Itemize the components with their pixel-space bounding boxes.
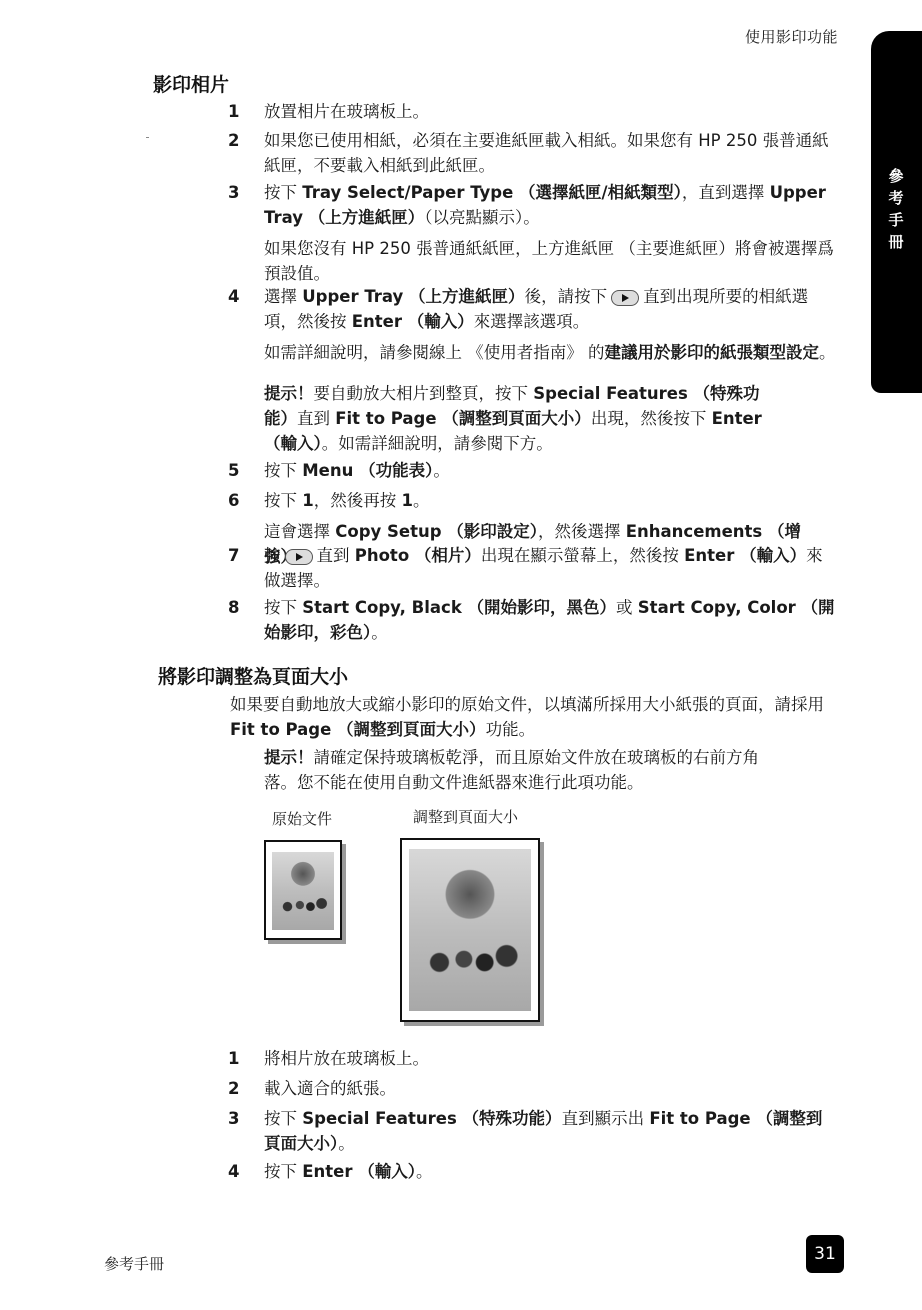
step-2: 2 如果您已使用相紙，必須在主要進紙匣載入相紙。如果您有 HP 250 張普通紙… <box>228 128 838 178</box>
step-number: 8 <box>228 595 248 620</box>
section-title-fit-to-page: 將影印調整為頁面大小 <box>158 662 348 689</box>
step-number: 1 <box>228 1046 248 1071</box>
step-number: 4 <box>228 1159 248 1184</box>
tip-box: 提示！要自動放大相片到整頁，按下 Special Features （特殊功能）… <box>264 381 784 456</box>
side-tab-label: 參考手冊 <box>885 165 907 253</box>
step-1: 1 放置相片在玻璃板上。 <box>228 99 838 124</box>
right-arrow-button-icon <box>285 549 313 565</box>
tip-label: 提示！ <box>264 748 314 767</box>
right-arrow-button-icon <box>611 290 639 306</box>
step-text: 按下 Enter （輸入）。 <box>264 1159 838 1184</box>
step-number: 7 <box>228 543 248 568</box>
fitted-photo-figure <box>400 838 540 1022</box>
step-number: 3 <box>228 180 248 205</box>
step-number: 2 <box>228 128 248 153</box>
step-text: 如果您已使用相紙，必須在主要進紙匣載入相紙。如果您有 HP 250 張普通紙紙匣… <box>264 128 838 178</box>
step-text: 按下 Special Features （特殊功能）直到顯示出 Fit to P… <box>264 1106 838 1156</box>
step-number: 4 <box>228 284 248 309</box>
fit-step-1: 1 將相片放在玻璃板上。 <box>228 1046 838 1071</box>
figure-label-fitted: 調整到頁面大小 <box>413 806 518 827</box>
step-text: 按直到 Photo （相片）出現在顯示螢幕上，然後按 Enter （輸入）來做選… <box>264 543 838 593</box>
section-intro: 如果要自動地放大或縮小影印的原始文件，以填滿所採用大小紙張的頁面，請採用 Fit… <box>230 692 840 742</box>
step-number: 1 <box>228 99 248 124</box>
tip-box: 提示！請確定保持玻璃板乾淨，而且原始文件放在玻璃板的右前方角落。您不能在使用自動… <box>264 745 764 795</box>
step-8: 8 按下 Start Copy, Black （開始影印，黑色）或 Start … <box>228 595 838 645</box>
photo-image <box>409 849 531 1011</box>
step-5: 5 按下 Menu （功能表）。 <box>228 458 838 483</box>
step-number: 6 <box>228 488 248 513</box>
figure-label-original: 原始文件 <box>272 808 332 829</box>
fit-step-3: 3 按下 Special Features （特殊功能）直到顯示出 Fit to… <box>228 1106 838 1156</box>
original-photo-figure <box>264 840 342 940</box>
step-text: 按下 Tray Select/Paper Type （選擇紙匣/相紙類型），直到… <box>264 180 838 230</box>
section-title-copy-photo: 影印相片 <box>153 70 229 97</box>
step-4: 4 選擇 Upper Tray （上方進紙匣）後，請按下直到出現所要的相紙選項，… <box>228 284 838 365</box>
step-number: 3 <box>228 1106 248 1131</box>
footer-section-name: 參考手冊 <box>104 1253 164 1274</box>
step-text: 載入適合的紙張。 <box>264 1076 838 1101</box>
step-number: 2 <box>228 1076 248 1101</box>
step-7: 7 按直到 Photo （相片）出現在顯示螢幕上，然後按 Enter （輸入）來… <box>228 543 838 593</box>
page-number: 31 <box>806 1235 844 1273</box>
photo-image <box>272 852 334 930</box>
step-3: 3 按下 Tray Select/Paper Type （選擇紙匣/相紙類型），… <box>228 180 838 286</box>
running-header: 使用影印功能 <box>745 26 838 47</box>
scan-artifact <box>146 137 149 138</box>
step-note: 如果您沒有 HP 250 張普通紙紙匣，上方進紙匣 （主要進紙匣）將會被選擇爲預… <box>264 236 838 286</box>
fit-step-4: 4 按下 Enter （輸入）。 <box>228 1159 838 1184</box>
step-text: 選擇 Upper Tray （上方進紙匣）後，請按下直到出現所要的相紙選項，然後… <box>264 284 838 334</box>
tip-label: 提示！ <box>264 384 314 403</box>
step-text: 按下 Start Copy, Black （開始影印，黑色）或 Start Co… <box>264 595 838 645</box>
step-text: 放置相片在玻璃板上。 <box>264 99 838 124</box>
step-text: 按下 1，然後再按 1。 <box>264 488 838 513</box>
step-note: 如需詳細說明，請參閱線上 《使用者指南》 的建議用於影印的紙張類型設定。 <box>264 340 838 365</box>
step-text: 將相片放在玻璃板上。 <box>264 1046 838 1071</box>
step-text: 按下 Menu （功能表）。 <box>264 458 838 483</box>
fit-step-2: 2 載入適合的紙張。 <box>228 1076 838 1101</box>
step-number: 5 <box>228 458 248 483</box>
